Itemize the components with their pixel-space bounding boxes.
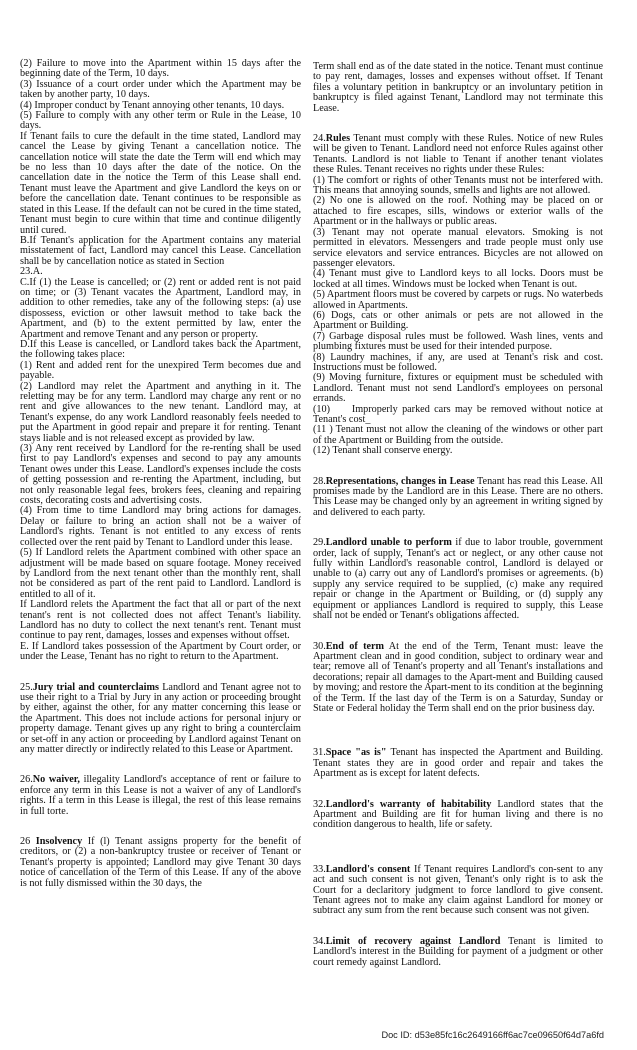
left-column: (2) Failure to move into the Apartment w…	[20, 59, 301, 889]
section-body: if due to labor trouble, government orde…	[313, 537, 603, 621]
section-31-space-as-is: 31.Space "as is" Tenant has inspected th…	[313, 748, 603, 779]
rule-item: (7) Garbage disposal rules must be follo…	[313, 332, 603, 353]
section-number: 29.	[313, 537, 326, 548]
clause-paragraph: If Landlord relets the Apartment the fac…	[20, 600, 301, 642]
rule-item: (2) No one is allowed on the roof. Nothi…	[313, 196, 603, 227]
clause-paragraph: E. If Landlord takes possession of the A…	[20, 642, 301, 663]
section-32-habitability: 32.Landlord's warranty of habitability L…	[313, 800, 603, 831]
rule-item: (10) Improperly parked cars may be remov…	[313, 405, 603, 426]
section-number: 30.	[313, 641, 326, 652]
section-30-end-of-term: 30.End of term At the end of the Term, T…	[313, 642, 603, 715]
rule-item: (6) Dogs, cats or other animals or pets …	[313, 311, 603, 332]
section-number: 25.	[20, 682, 33, 693]
rule-item: (1) The comfort or rights of other Tenan…	[313, 176, 603, 197]
section-heading: Rules	[326, 133, 350, 144]
continuation-paragraph: Term shall end as of the date stated in …	[313, 62, 603, 114]
clause-item: (3) Issuance of a court order under whic…	[20, 80, 301, 101]
section-heading: End of term	[326, 641, 384, 652]
section-number: 24.	[313, 133, 326, 144]
section-26-no-waiver: 26.No waiver, illegality Landlord's acce…	[20, 775, 301, 817]
clause-item: (3) Any rent received by Landlord for th…	[20, 444, 301, 506]
section-body: Tenant must comply with these Rules. Not…	[313, 133, 603, 175]
clause-item: (5) If Landlord relets the Apartment com…	[20, 548, 301, 600]
rule-item: (3) Tenant may not operate manual elevat…	[313, 228, 603, 270]
section-33-landlords-consent: 33.Landlord's consent If Tenant requires…	[313, 865, 603, 917]
section-number: 26	[20, 836, 36, 847]
section-26-insolvency: 26 Insolvency If (l) Tenant assigns prop…	[20, 837, 301, 889]
clause-paragraph: C.If (1) the Lease is cancelled; or (2) …	[20, 278, 301, 340]
clause-paragraph: D.If this Lease is cancelled, or Landlor…	[20, 340, 301, 361]
rule-item: (5) Apartment floors must be covered by …	[313, 290, 603, 311]
section-25-jury-trial: 25.Jury trial and counterclaims Landlord…	[20, 683, 301, 756]
section-number: 26.	[20, 774, 33, 785]
section-heading: No waiver,	[33, 774, 80, 785]
section-24-rules: 24.Rules Tenant must comply with these R…	[313, 134, 603, 176]
section-heading: Landlord unable to perform	[326, 537, 452, 548]
section-heading: Jury trial and counterclaims	[33, 682, 159, 693]
section-number: 28.	[313, 476, 326, 487]
right-column: Term shall end as of the date stated in …	[313, 62, 603, 968]
rule-item: (12) Tenant shall conserve energy.	[313, 446, 603, 456]
section-heading: Insolvency	[36, 836, 82, 847]
section-heading: Space "as is"	[326, 747, 387, 758]
section-28-representations: 28.Representations, changes in Lease Ten…	[313, 477, 603, 519]
clause-paragraph: 23.A.	[20, 267, 301, 277]
section-29-landlord-unable: 29.Landlord unable to perform if due to …	[313, 538, 603, 621]
clause-item: (2) Landlord may relet the Apartment and…	[20, 382, 301, 444]
section-body: Landlord and Tenant agree not to use the…	[20, 682, 301, 755]
clause-paragraph: If Tenant fails to cure the default in t…	[20, 132, 301, 236]
section-body: At the end of the Term, Tenant must: lea…	[313, 641, 603, 714]
rule-item: (11 ) Tenant must not allow the cleaning…	[313, 425, 603, 446]
clause-paragraph: B.If Tenant's application for the Apartm…	[20, 236, 301, 267]
section-number: 31.	[313, 747, 326, 758]
section-34-limit-of-recovery: 34.Limit of recovery against Landlord Te…	[313, 937, 603, 968]
section-number: 33.	[313, 864, 326, 875]
clause-item: (5) Failure to comply with any other ter…	[20, 111, 301, 132]
rule-item: (4) Tenant must give to Landlord keys to…	[313, 269, 603, 290]
rule-item: (8) Laundry machines, if any, are used a…	[313, 353, 603, 374]
clause-item: (4) From time to time Landlord may bring…	[20, 506, 301, 548]
clause-item: (1) Rent and added rent for the unexpire…	[20, 361, 301, 382]
section-heading: Landlord's warranty of habitability	[326, 799, 492, 810]
rule-item: (9) Moving furniture, fixtures or equipm…	[313, 373, 603, 404]
section-heading: Landlord's consent	[326, 864, 411, 875]
clause-item: (2) Failure to move into the Apartment w…	[20, 59, 301, 80]
section-number: 32.	[313, 799, 326, 810]
section-heading: Limit of recovery against Landlord	[326, 936, 501, 947]
doc-id-footer: Doc ID: d53e85fc16c2649166ff6ac7ce09650f…	[381, 1030, 604, 1040]
section-heading: Representations, changes in Lease	[326, 476, 475, 487]
section-number: 34.	[313, 936, 326, 947]
